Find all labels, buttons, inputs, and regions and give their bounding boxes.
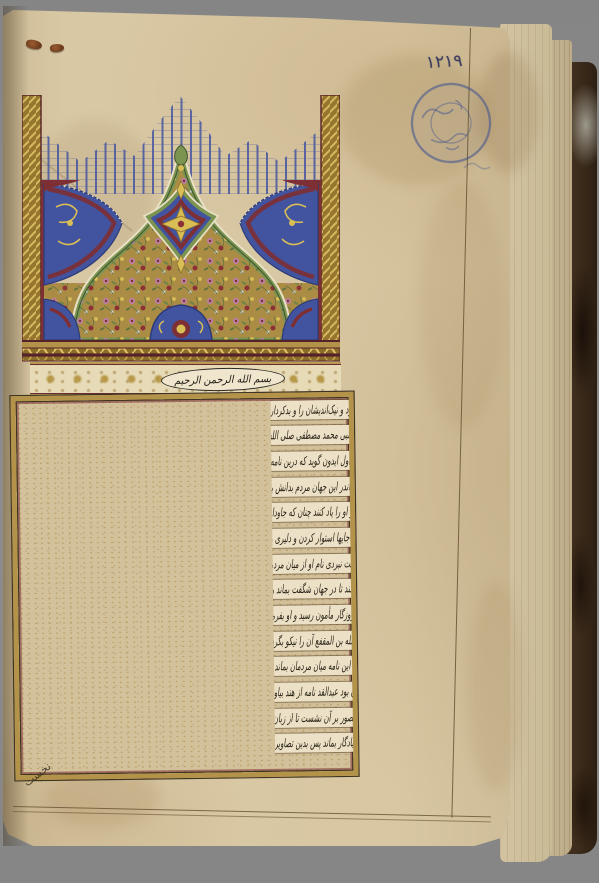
text-line: اما کلیله و دمنه را برزویه طبیب از هندوس…: [273, 599, 358, 629]
text-line: و دانایی بیرون آوردن و مردمان را به هنر …: [273, 548, 359, 578]
text-line: و ما میسر بر روان رسید و میان دو امیر و …: [274, 650, 359, 680]
text-block: سپاس و آفرین خدای را که این جهان و آن جه…: [11, 392, 359, 780]
text-line: اکنون بر رویه طبیب باز هندوی کرد و نصیبه…: [275, 702, 359, 732]
text-line: پارسی گردانید تا این نامه به دست مردمان …: [275, 727, 359, 757]
text-line: که از او خبری ماند جاودانه تا بازماندگان…: [272, 496, 359, 526]
basmala-band: بسم الله الرحمن الرحيم: [30, 364, 341, 394]
manuscript-photo: ١٢١٩: [0, 0, 599, 883]
basmala-cartouche: بسم الله الرحمن الرحيم: [160, 366, 284, 392]
text-line: مردم گرد دانش گشته‌اند و سخن را بزرگ داش…: [271, 471, 358, 501]
illuminated-headpiece: [22, 95, 340, 363]
text-line: باور بود و بانصد هزار درم خزینه بداد و آ…: [274, 625, 359, 655]
text-line: سپاس و آفرین خدای را که این جهان و آن جه…: [270, 394, 358, 424]
text-line: و ما این نامه بر آن نهادیم تا هر که بخوا…: [273, 573, 359, 603]
ink-smudge: [462, 158, 492, 174]
basmala-text: بسم الله الرحمن الرحيم: [174, 372, 271, 386]
text-line: و درود بر نیکان و پاکان و بر دین‌داران ب…: [271, 419, 359, 449]
text-line: چنین شناسانند از کرد آورده ابومنصور المع…: [271, 445, 358, 475]
inscribed-number: ١٢١٩: [426, 51, 464, 73]
text-line: چنان که گفت نامه نیک منوچهر عبدالله گفت …: [274, 676, 358, 706]
stain: [468, 580, 523, 790]
text-line: و چون مردم بدانست کزو چیزی نماند پایدار …: [272, 522, 358, 552]
